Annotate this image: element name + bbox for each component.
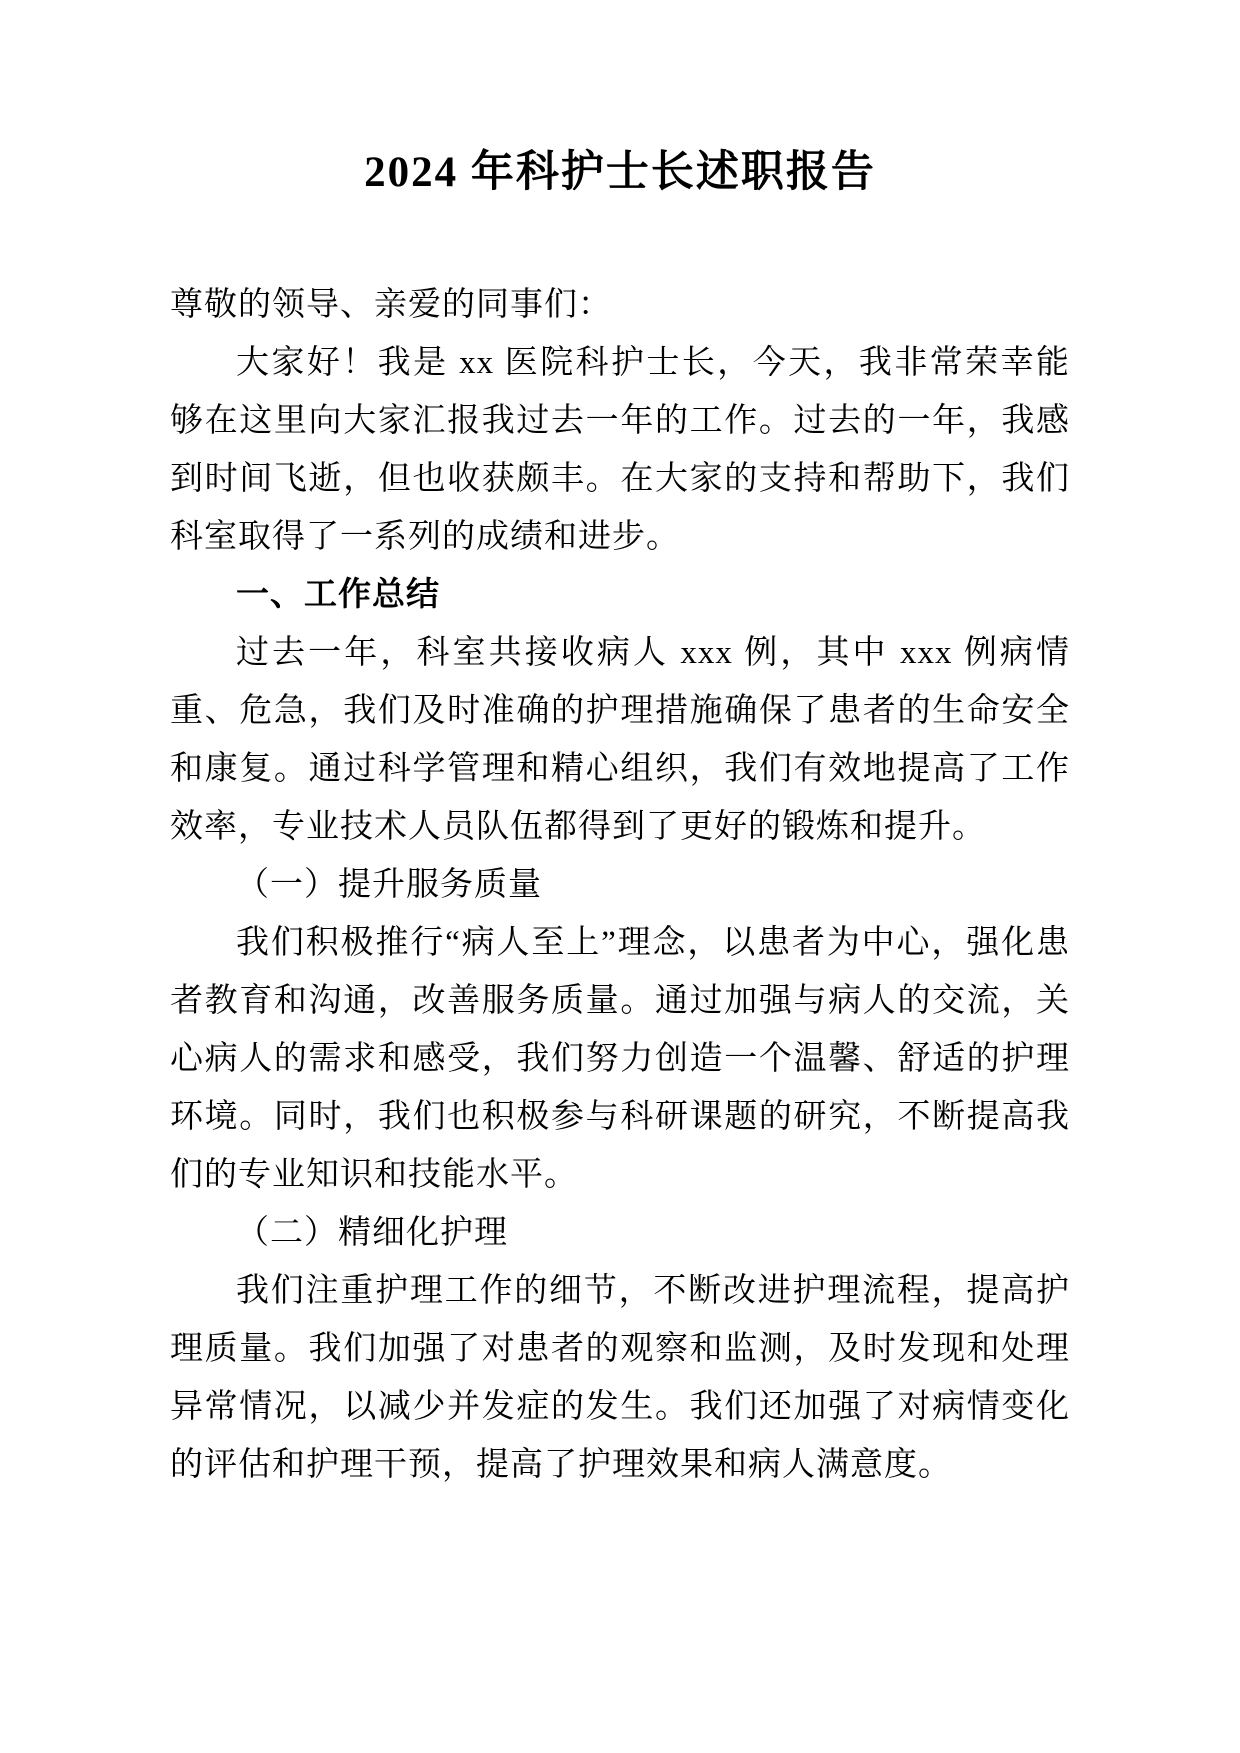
subsection-2-heading: （二）精细化护理 xyxy=(170,1204,1070,1262)
salutation: 尊敬的领导、亲爱的同事们： xyxy=(170,276,1070,334)
subsection-1-heading: （一）提升服务质量 xyxy=(170,856,1070,914)
document-content: 2024 年科护士长述职报告 尊敬的领导、亲爱的同事们：大家好！我是 xx 医院… xyxy=(0,0,1240,1494)
subsection-1-paragraph: 我们积极推行“病人至上”理念，以患者为中心，强化患者教育和沟通，改善服务质量。通… xyxy=(170,914,1070,1204)
subsection-2-paragraph: 我们注重护理工作的细节，不断改进护理流程，提高护理质量。我们加强了对患者的观察和… xyxy=(170,1262,1070,1494)
intro-paragraph: 大家好！我是 xx 医院科护士长，今天，我非常荣幸能够在这里向大家汇报我过去一年… xyxy=(170,334,1070,566)
document-page: 2024 年科护士长述职报告 尊敬的领导、亲爱的同事们：大家好！我是 xx 医院… xyxy=(0,0,1240,1753)
section-1-heading: 一、工作总结 xyxy=(170,566,1070,624)
section-1-paragraph: 过去一年，科室共接收病人 xxx 例，其中 xxx 例病情重、危急，我们及时准确… xyxy=(170,624,1070,856)
document-title: 2024 年科护士长述职报告 xyxy=(170,146,1070,200)
document-body: 尊敬的领导、亲爱的同事们：大家好！我是 xx 医院科护士长，今天，我非常荣幸能够… xyxy=(170,276,1070,1494)
